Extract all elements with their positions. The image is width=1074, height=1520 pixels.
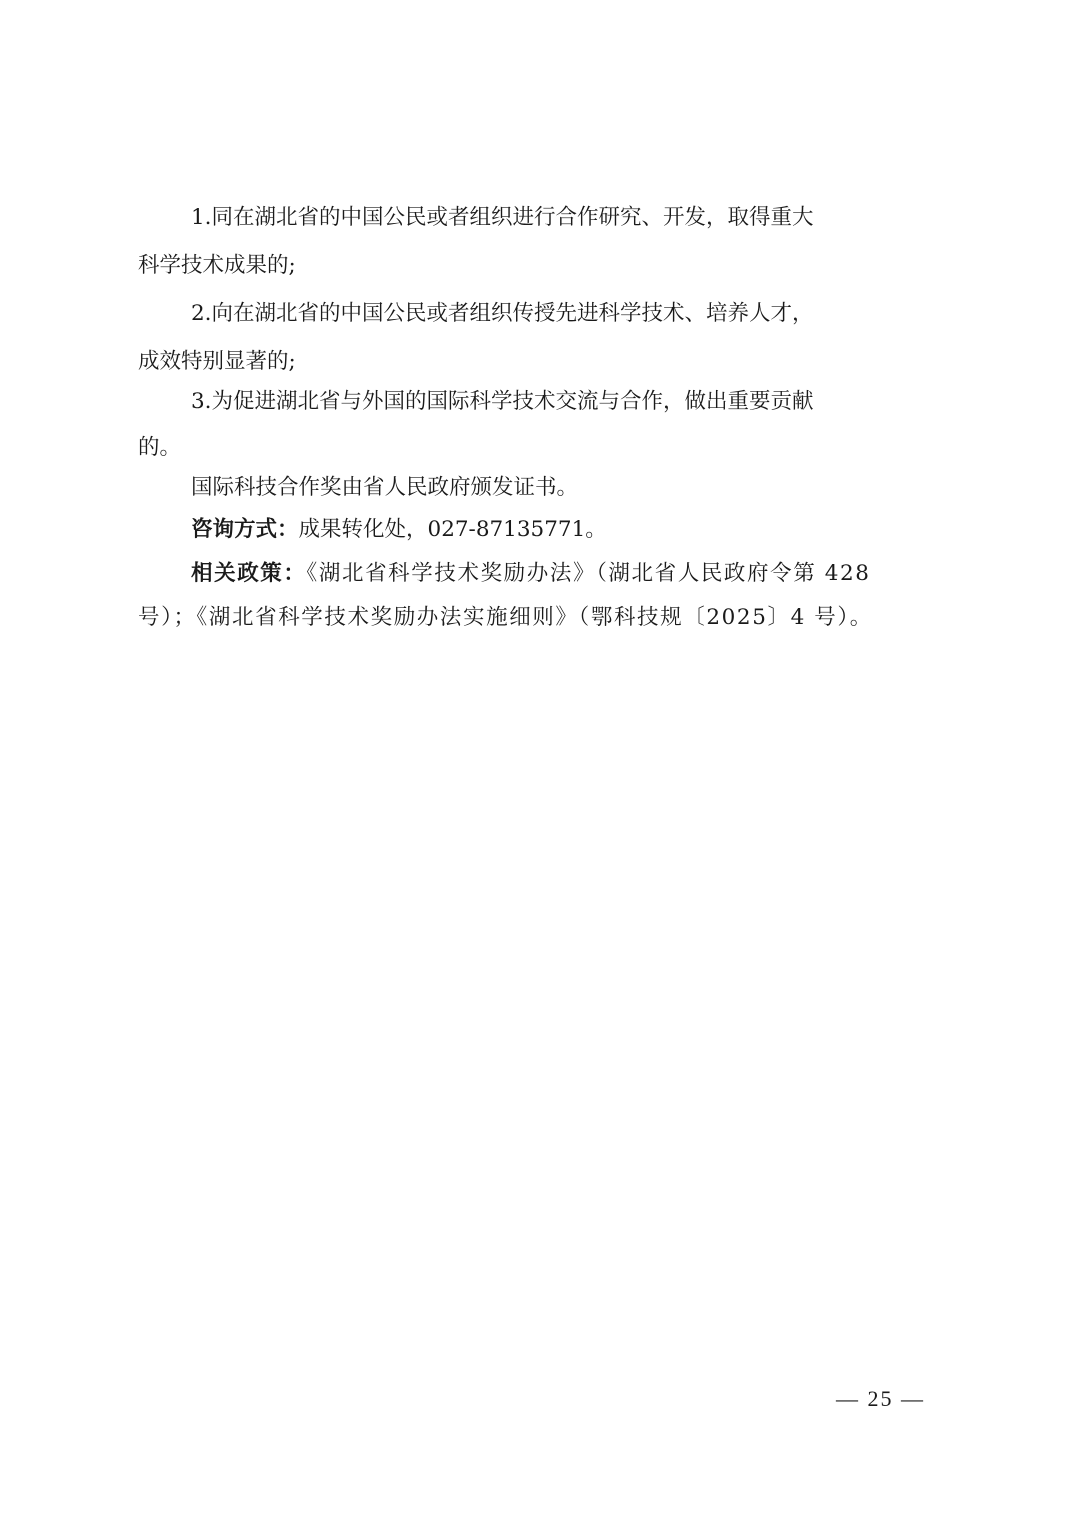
list-item-3: 3.为促进湖北省与外国的国际科学技术交流与合作，做出重要贡献 xyxy=(191,382,814,422)
list-item-2: 2.向在湖北省的中国公民或者组织传授先进科学技术、培养人才， xyxy=(191,294,814,334)
list-item-2-continuation: 成效特别显著的; xyxy=(138,342,296,382)
item-number: 1. xyxy=(191,205,212,230)
list-item-1: 1.同在湖北省的中国公民或者组织进行合作研究、开发，取得重大 xyxy=(191,198,814,238)
list-item-1-continuation: 科学技术成果的; xyxy=(138,246,296,286)
list-item-3-continuation: 的。 xyxy=(138,428,181,468)
certificate-paragraph: 国际科技合作奖由省人民政府颁发证书。 xyxy=(191,468,578,508)
policy-paragraph: 相关政策：《湖北省科学技术奖励办法》（湖北省人民政府令第 428 xyxy=(191,554,871,594)
item-number: 2. xyxy=(191,301,212,326)
policy-label: 相关政策： xyxy=(191,561,307,586)
policy-paragraph-continuation: 号）；《湖北省科学技术奖励办法实施细则》（鄂科技规〔2025〕4 号）。 xyxy=(138,598,873,638)
policy-text: 《湖北省科学技术奖励办法》（湖北省人民政府令第 428 xyxy=(307,561,871,586)
page-number: — 25 — xyxy=(836,1386,925,1412)
item-text: 向在湖北省的中国公民或者组织传授先进科学技术、培养人才， xyxy=(212,301,814,326)
item-number: 3. xyxy=(191,389,212,414)
item-text: 同在湖北省的中国公民或者组织进行合作研究、开发，取得重大 xyxy=(212,205,814,230)
contact-label: 咨询方式： xyxy=(191,517,299,542)
contact-paragraph: 咨询方式：成果转化处，027-87135771。 xyxy=(191,510,607,550)
item-text: 为促进湖北省与外国的国际科学技术交流与合作，做出重要贡献 xyxy=(212,389,814,414)
contact-value: 成果转化处，027-87135771。 xyxy=(299,517,607,542)
